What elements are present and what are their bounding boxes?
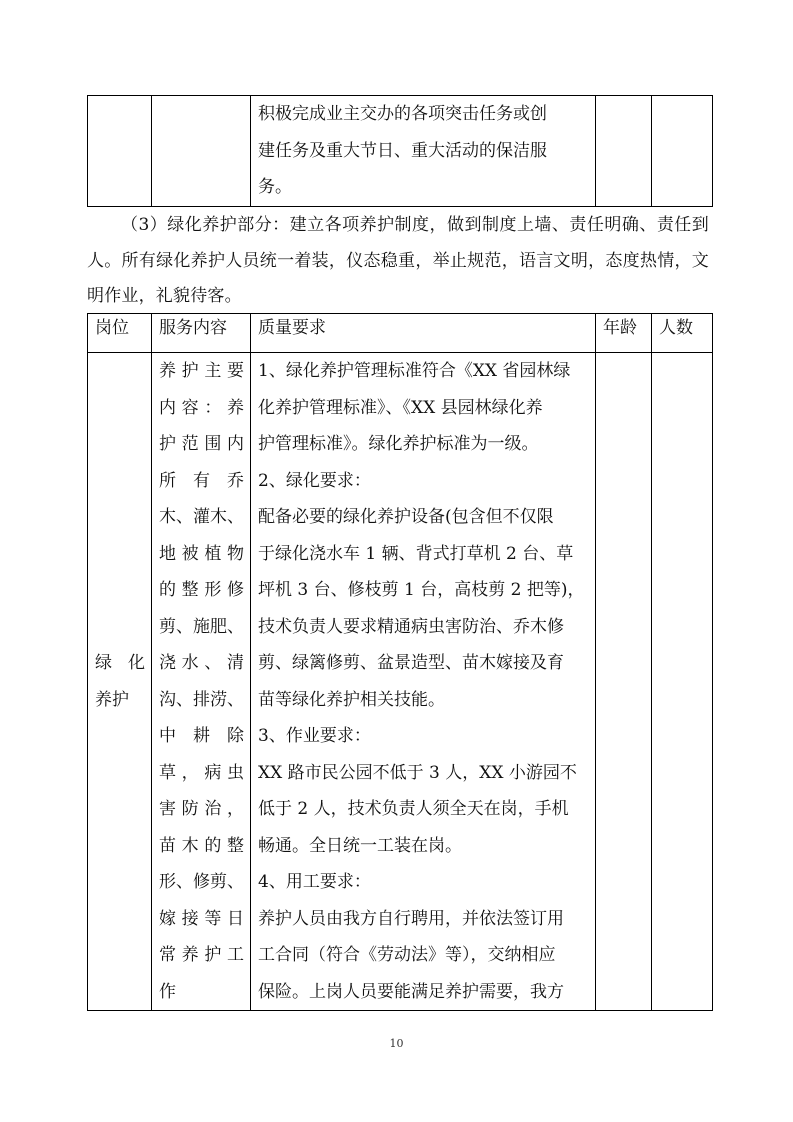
- quality-line: 低于 2 人，技术负责人须全天在岗，手机: [258, 791, 595, 828]
- service-table-continued: 积极完成业主交办的各项突击任务或创 建任务及重大节日、重大活动的保洁服 务。: [87, 95, 713, 207]
- service-line: 草，病虫: [159, 755, 244, 792]
- count-cell: [652, 96, 713, 207]
- table-row: 积极完成业主交办的各项突击任务或创 建任务及重大节日、重大活动的保洁服 务。: [88, 96, 713, 207]
- quality-cell: 1、绿化养护管理标准符合《XX 省园林绿 化养护管理标准》、《XX 县园林绿化养…: [251, 353, 596, 1011]
- greening-maintenance-table: 岗位 服务内容 质量要求 年龄 人数 绿 化 养护 养护主要 内容：养 护范围内…: [87, 313, 713, 1011]
- quality-line: 4、用工要求：: [258, 864, 595, 901]
- quality-line: 3、作业要求：: [258, 718, 595, 755]
- quality-line: 积极完成业主交办的各项突击任务或创: [258, 96, 595, 133]
- service-line: 的整形修: [159, 572, 244, 609]
- quality-line: 工合同（符合《劳动法》等），交纳相应: [258, 937, 595, 974]
- quality-line: 畅通。全日统一工装在岗。: [258, 828, 595, 865]
- quality-line: 于绿化浇水车 1 辆、背式打草机 2 台、草: [258, 536, 595, 573]
- service-line: 形、修剪、: [159, 864, 244, 901]
- service-line: 浇水、清: [159, 645, 244, 682]
- header-post: 岗位: [88, 314, 152, 353]
- service-line: 害防治，: [159, 791, 244, 828]
- header-count: 人数: [652, 314, 713, 353]
- header-quality: 质量要求: [251, 314, 596, 353]
- quality-line: 剪、绿篱修剪、盆景造型、苗木嫁接及育: [258, 645, 595, 682]
- table-header-row: 岗位 服务内容 质量要求 年龄 人数: [88, 314, 713, 353]
- quality-line: 化养护管理标准》、《XX 县园林绿化养: [258, 390, 595, 427]
- quality-line: XX 路市民公园不低于 3 人，XX 小游园不: [258, 755, 595, 792]
- quality-line: 护管理标准》。绿化养护标准为一级。: [258, 426, 595, 463]
- post-cell: [88, 96, 152, 207]
- quality-line: 建任务及重大节日、重大活动的保洁服: [258, 133, 595, 170]
- quality-cell: 积极完成业主交办的各项突击任务或创 建任务及重大节日、重大活动的保洁服 务。: [251, 96, 596, 207]
- service-line: 木、灌木、: [159, 499, 244, 536]
- service-cell: [152, 96, 251, 207]
- count-cell: [652, 353, 713, 1011]
- post-cell: 绿 化 养护: [88, 353, 152, 1011]
- quality-line: 2、绿化要求：: [258, 463, 595, 500]
- quality-line: 保险。上岗人员要能满足养护需要，我方: [258, 974, 595, 1011]
- service-line: 常养护工: [159, 937, 244, 974]
- header-age: 年龄: [596, 314, 652, 353]
- service-line: 养护主要: [159, 353, 244, 390]
- service-line: 所 有 乔: [159, 463, 244, 500]
- service-line: 沟、排涝、: [159, 682, 244, 719]
- service-line: 地被植物: [159, 536, 244, 573]
- service-line: 护范围内: [159, 426, 244, 463]
- section-paragraph: （3）绿化养护部分：建立各项养护制度，做到制度上墙、责任明确、责任到人。所有绿化…: [87, 208, 709, 315]
- quality-line: 配备必要的绿化养护设备(包含但不仅限: [258, 499, 595, 536]
- age-cell: [596, 353, 652, 1011]
- page-number: 10: [0, 1037, 793, 1050]
- post-line: 养护: [95, 682, 151, 719]
- age-cell: [596, 96, 652, 207]
- service-line: 苗木的整: [159, 828, 244, 865]
- quality-line: 1、绿化养护管理标准符合《XX 省园林绿: [258, 353, 595, 390]
- post-line: 绿 化: [95, 645, 151, 682]
- service-line: 剪、施肥、: [159, 609, 244, 646]
- service-line: 作: [159, 974, 244, 1011]
- header-service: 服务内容: [152, 314, 251, 353]
- service-line: 内容：养: [159, 390, 244, 427]
- service-cell: 养护主要 内容：养 护范围内 所 有 乔 木、灌木、 地被植物 的整形修 剪、施…: [152, 353, 251, 1011]
- service-line: 中 耕 除: [159, 718, 244, 755]
- table-row: 绿 化 养护 养护主要 内容：养 护范围内 所 有 乔 木、灌木、 地被植物 的…: [88, 353, 713, 1011]
- service-line: 嫁接等日: [159, 901, 244, 938]
- quality-line: 务。: [258, 169, 595, 206]
- quality-line: 坪机 3 台、修枝剪 1 台，高枝剪 2 把等)，: [258, 572, 595, 609]
- quality-line: 苗等绿化养护相关技能。: [258, 682, 595, 719]
- quality-line: 技术负责人要求精通病虫害防治、乔木修: [258, 609, 595, 646]
- document-page: 积极完成业主交办的各项突击任务或创 建任务及重大节日、重大活动的保洁服 务。 （…: [0, 0, 793, 1122]
- quality-line: 养护人员由我方自行聘用，并依法签订用: [258, 901, 595, 938]
